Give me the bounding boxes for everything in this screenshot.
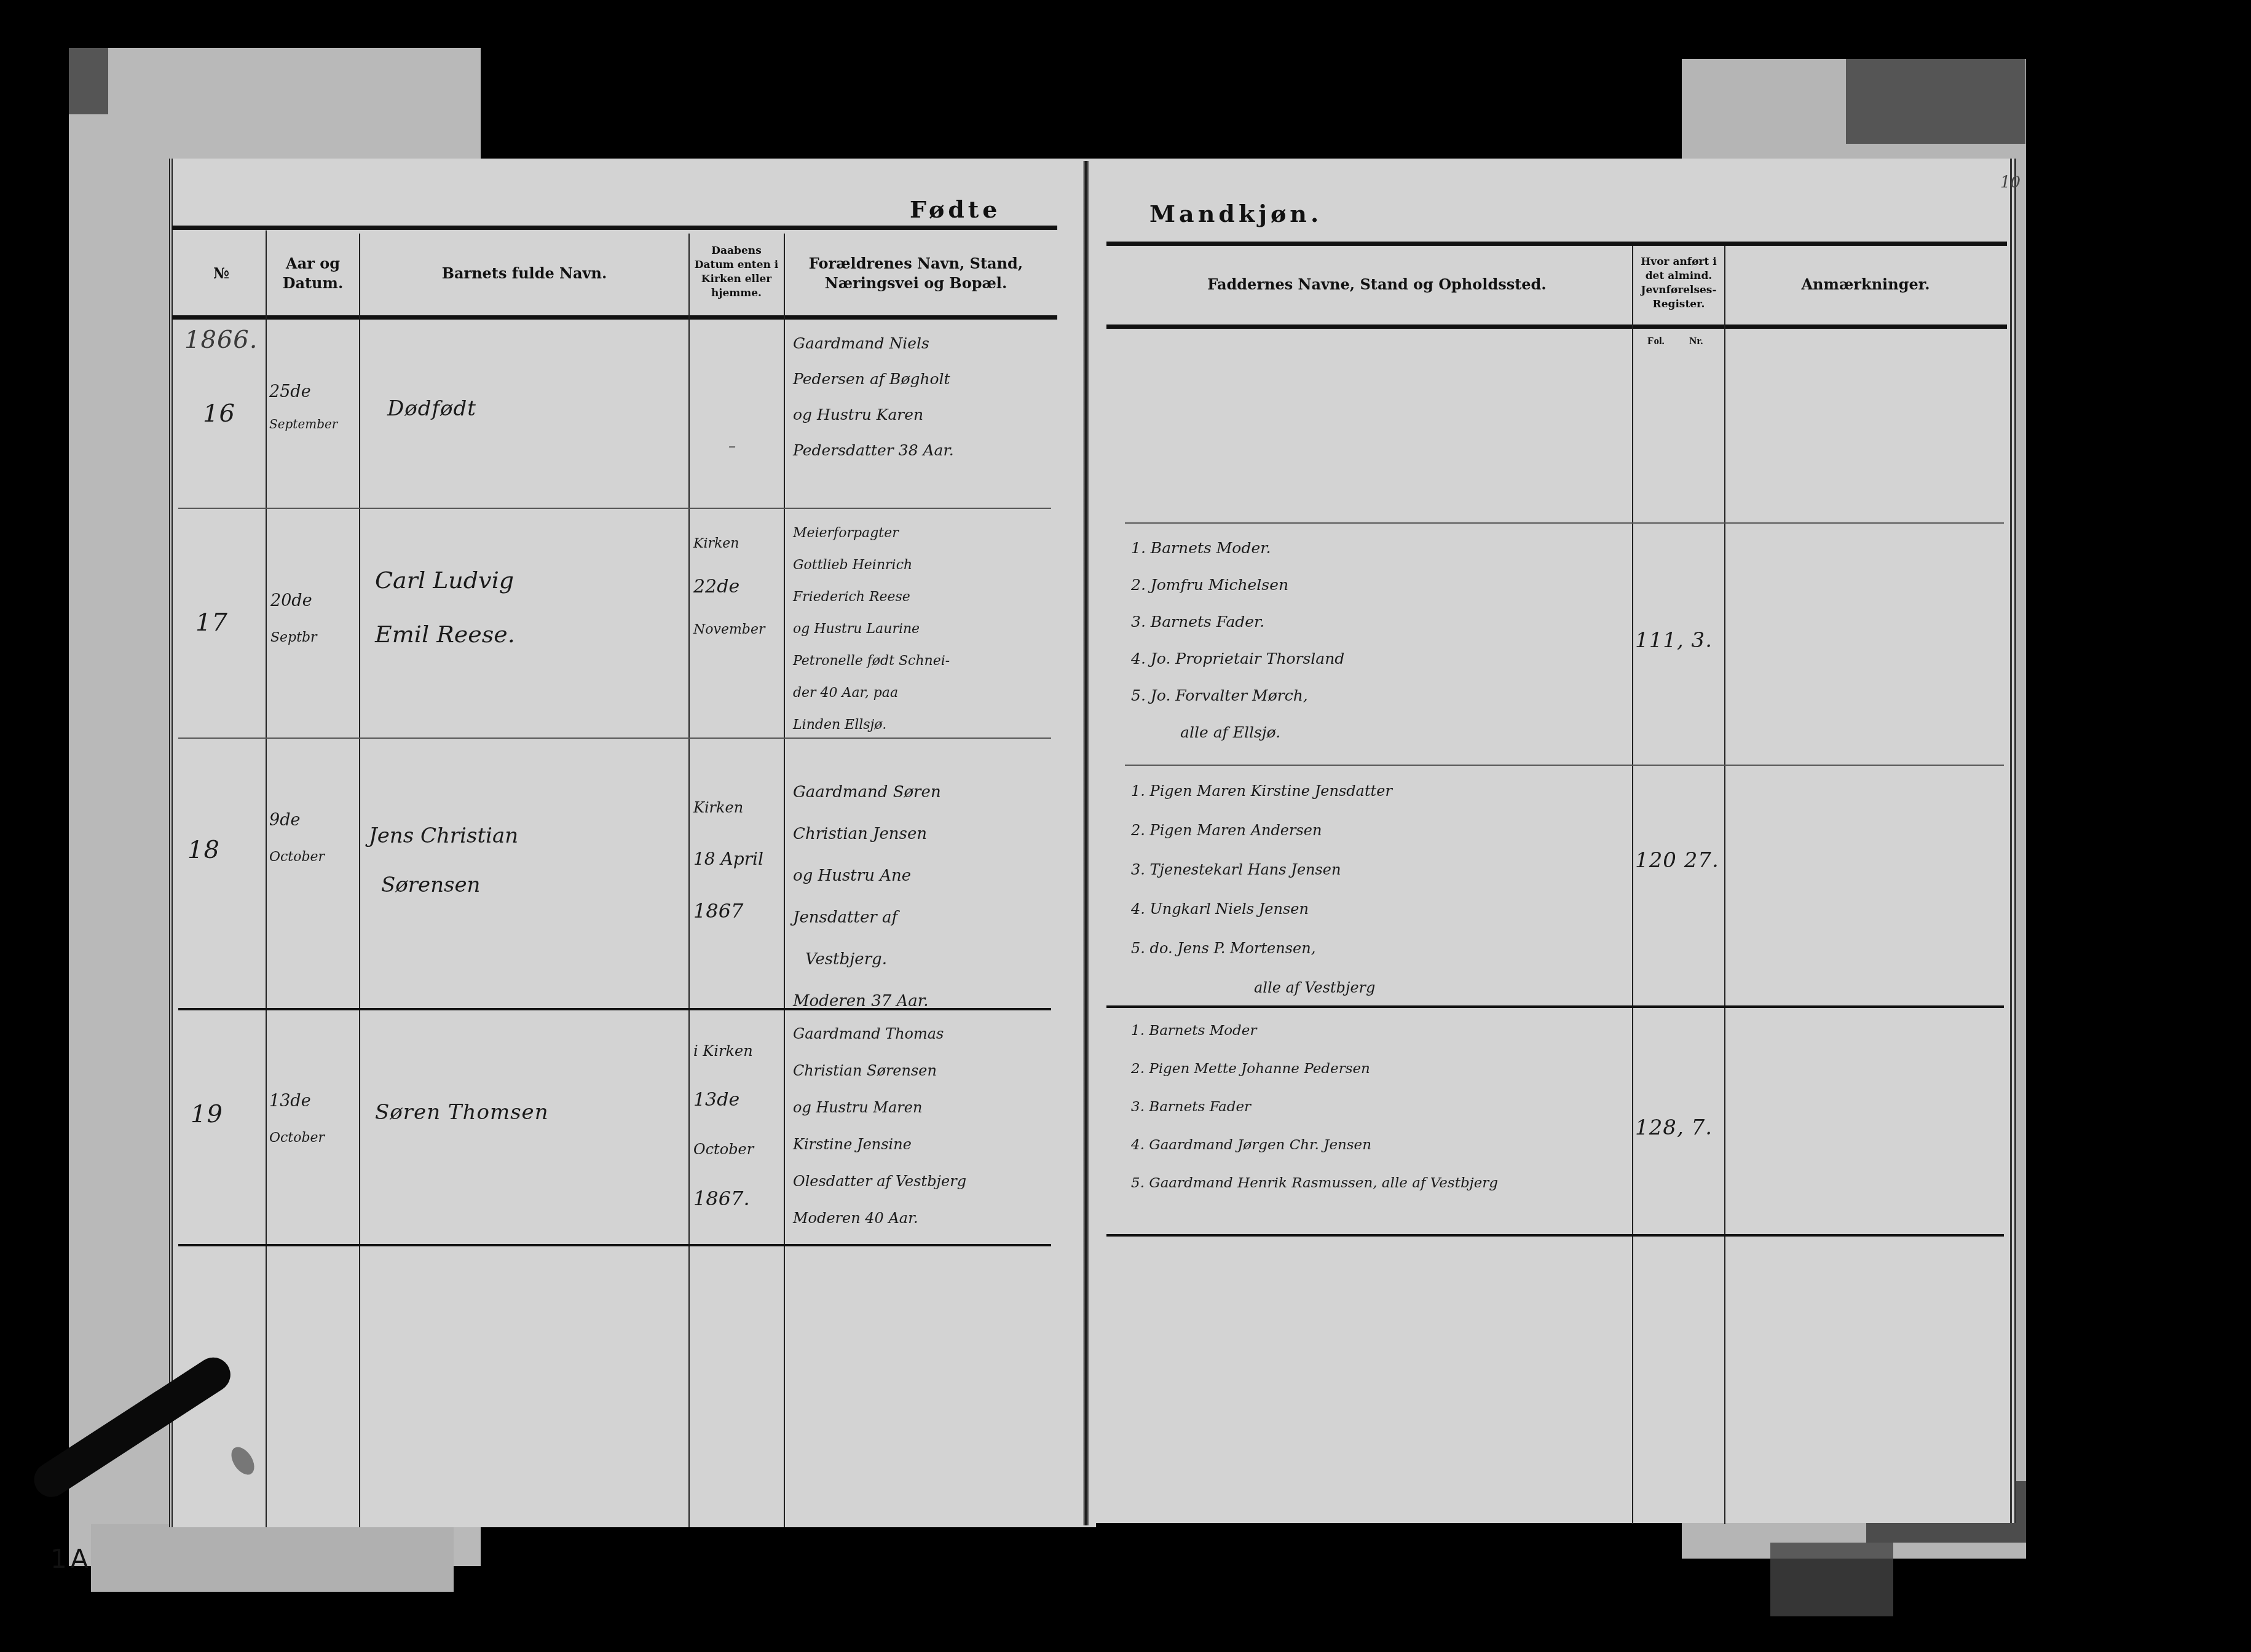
row-divider [178, 1244, 1051, 1246]
parents: Gaardmand Søren Christian Jensen og Hust… [793, 771, 941, 1022]
baptism-date: Kirken 22de November [693, 522, 765, 651]
header-rule-top-left [172, 226, 1057, 230]
entry-number: 16 [203, 399, 235, 428]
book-shadow [1770, 1543, 1893, 1616]
subheader-nr: Nr. [1689, 335, 1703, 347]
header-rule-bottom-right [1106, 324, 2007, 329]
column-divider [359, 234, 360, 1527]
child-name: Jens Christian Sørensen [369, 811, 518, 910]
header-parents: Forældrenes Navn, Stand, Næringsvei og B… [787, 234, 1045, 313]
register-reference: 128, 7. [1635, 1115, 1713, 1140]
row-divider [1125, 765, 2004, 766]
entry-date: 9de October [269, 802, 325, 876]
column-divider [1632, 246, 1633, 1524]
entry-number: 17 [195, 608, 228, 637]
baptism-date: Kirken 18 April 1867 [693, 782, 763, 937]
header-baptism-date: Daabens Datum enten i Kirken eller hjemm… [691, 231, 782, 313]
column-divider [266, 230, 267, 1527]
header-rule-top-right [1106, 242, 2007, 246]
header-year-date: Aar og Datum. [268, 234, 358, 313]
scan-mat-bottom [91, 1524, 454, 1592]
child-name: Dødfødt [387, 396, 476, 421]
header-register-reference: Hvor anført i det almind. Jevnførelses-R… [1634, 243, 1723, 323]
child-name: Carl Ludvig Emil Reese. [375, 553, 515, 661]
entry-date: 13de October [269, 1083, 325, 1157]
entry-number: 18 [187, 836, 220, 864]
row-divider [1106, 1234, 2004, 1237]
parents: Gaardmand Thomas Christian Sørensen og H… [793, 1015, 966, 1237]
header-remarks: Anmærkninger. [1727, 246, 2004, 323]
subheader-fol: Fol. [1647, 335, 1665, 347]
register-reference: 120 27. [1635, 848, 1719, 873]
color-target-tab [69, 48, 108, 114]
entry-date: 20de Septbr [270, 583, 317, 656]
baptism-date: i Kirken 13de October 1867. [693, 1026, 754, 1223]
entry-date: 25de September [269, 376, 337, 440]
page-title-left: Fødte [910, 195, 1001, 223]
entry-number: 19 [191, 1100, 223, 1128]
parents: Meierforpagter Gottlieb Heinrich Frieder… [793, 517, 950, 741]
column-divider [688, 234, 690, 1527]
parents: Gaardmand Niels Pedersen af Bøgholt og H… [793, 326, 954, 468]
column-divider [784, 234, 785, 1527]
baptism-date: – [728, 438, 736, 455]
book-gutter [1083, 161, 1089, 1525]
color-target-tab [1846, 59, 2025, 144]
godparents: 1. Barnets Moder. 2. Jomfru Michelsen 3.… [1131, 530, 1344, 751]
page-title-right: Mandkjøn. [1149, 200, 1322, 227]
header-number: № [178, 234, 264, 313]
year-marker: 1866. [184, 326, 258, 354]
child-name: Søren Thomsen [375, 1100, 549, 1125]
archive-stamp: 1A [50, 1544, 92, 1574]
row-divider [1125, 522, 2004, 524]
column-divider [1724, 246, 1725, 1524]
header-godparents: Faddernes Navne, Stand og Opholdssted. [1125, 246, 1629, 323]
folio-number: 10 [2000, 173, 2020, 192]
header-child-name: Barnets fulde Navn. [361, 234, 687, 313]
register-reference: 111, 3. [1635, 628, 1713, 653]
header-rule-bottom-left [172, 315, 1057, 320]
godparents: 1. Barnets Moder 2. Pigen Mette Johanne … [1131, 1012, 1498, 1202]
godparents: 1. Pigen Maren Kirstine Jensdatter 2. Pi… [1131, 771, 1392, 1007]
row-divider [178, 508, 1051, 509]
